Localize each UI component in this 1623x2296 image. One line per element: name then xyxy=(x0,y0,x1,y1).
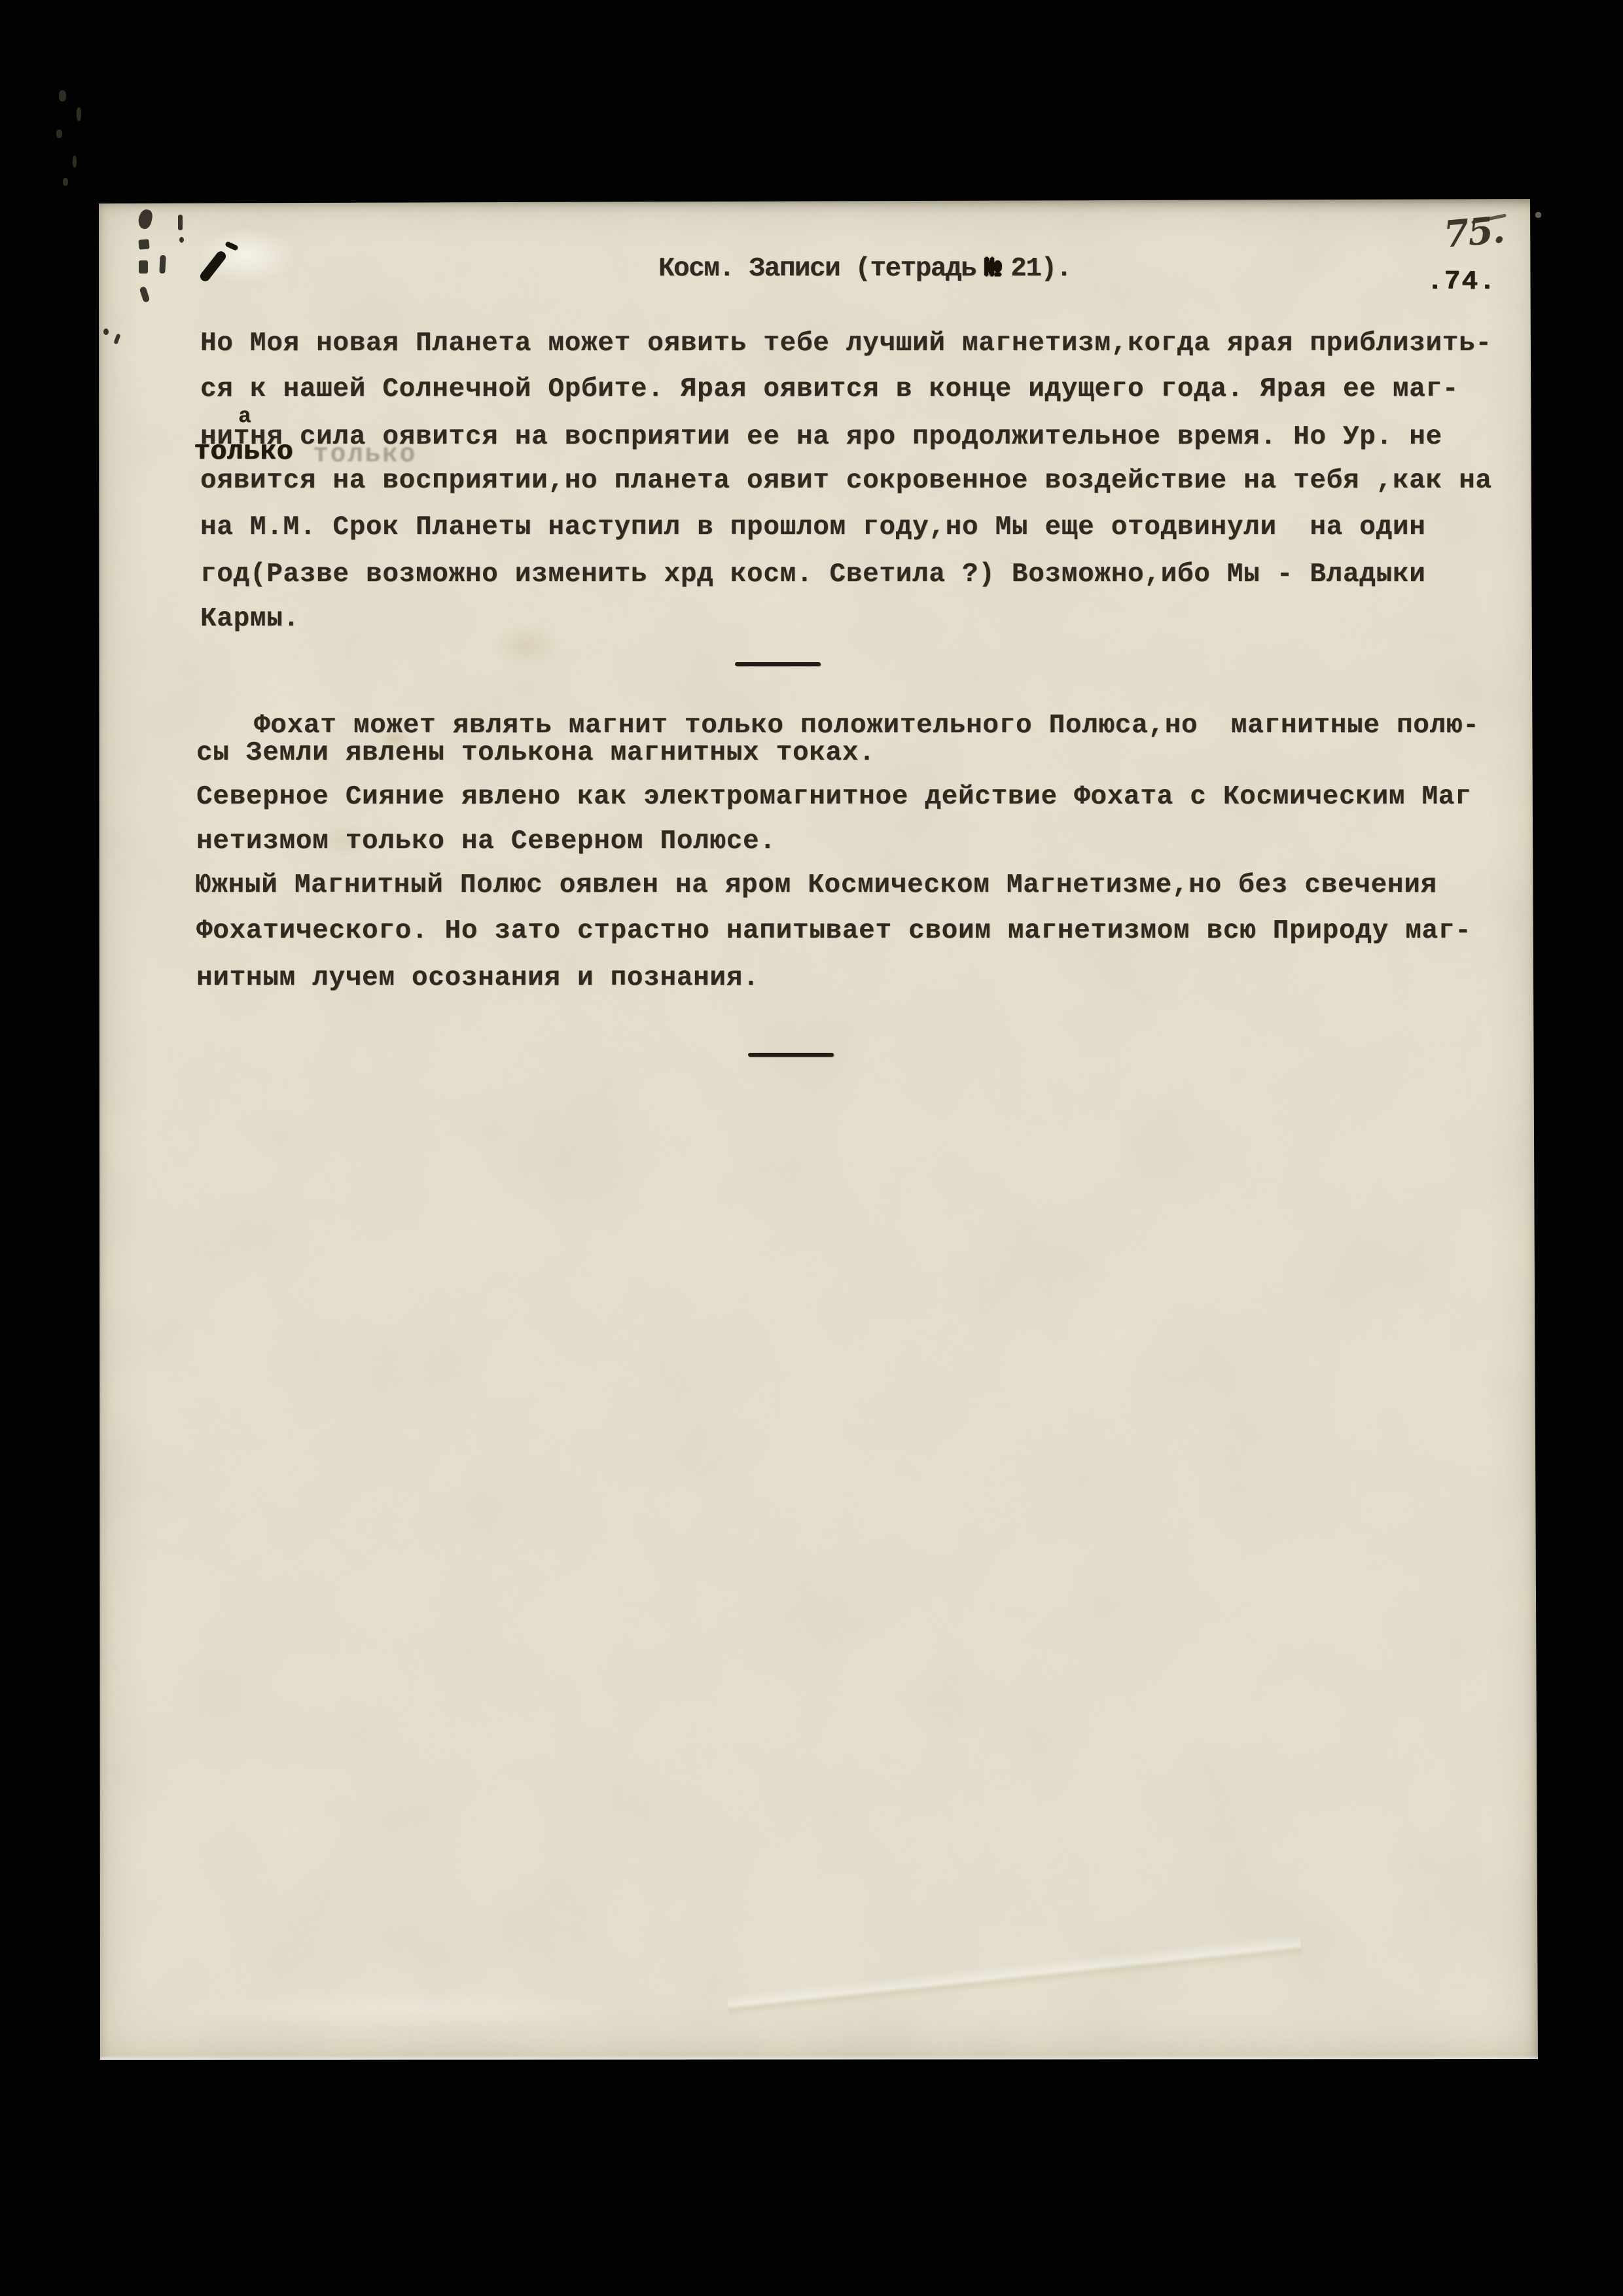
scanner-dust-speck xyxy=(56,130,62,138)
ink-mark xyxy=(178,215,183,230)
typed-line: нетизмом только на Северном Полюсе. xyxy=(196,828,776,855)
typed-line: сы Земли явлены толькона магнитных токах… xyxy=(196,740,875,767)
ink-mark xyxy=(139,260,148,274)
typed-line: Северное Сияние явлено как электромагнит… xyxy=(196,784,1471,811)
paper-crease xyxy=(727,1934,1302,2017)
paper-crease xyxy=(177,1990,635,2030)
typed-line: Но Моя новая Планета может оявить тебе л… xyxy=(200,330,1492,357)
scanner-dust-speck xyxy=(73,156,77,168)
overtyped-word: только xyxy=(194,439,293,466)
typed-line: на М.М. Срок Планеты наступил в прошлом … xyxy=(200,514,1426,541)
scanner-dust-speck xyxy=(59,90,66,101)
scanned-document-page: Косм. Записи (тетрадь№21). .74. 75. Но М… xyxy=(0,0,1623,2296)
header-title-suffix: 21). xyxy=(1010,254,1071,284)
ink-mark xyxy=(179,237,184,243)
scan-edge-glare xyxy=(98,2055,1538,2060)
scanner-dust-speck xyxy=(77,107,81,121)
paper-stain xyxy=(491,623,563,669)
ghost-overtyped-word: только xyxy=(313,442,417,468)
typed-page-number: .74. xyxy=(1427,269,1496,296)
ink-mark xyxy=(138,239,149,249)
typed-line: год(Разве возможно изменить хрд косм. Св… xyxy=(200,561,1426,588)
typed-line: нитным лучем осознания и познания. xyxy=(196,965,759,992)
section-divider xyxy=(748,1053,834,1057)
typed-line: ся к нашей Солнечной Орбите. Ярая оявитс… xyxy=(200,376,1459,403)
ink-mark xyxy=(103,328,109,335)
typed-line: Фохатического. Но зато страстно напитыва… xyxy=(196,918,1471,945)
section-divider xyxy=(735,662,821,666)
header-title-prefix: Косм. Записи (тетрадь xyxy=(658,254,976,284)
notebook-number-symbol: № xyxy=(985,256,1000,283)
document-header: Косм. Записи (тетрадь№21). xyxy=(658,256,1071,283)
typed-line: оявится на восприятии,но планета оявит с… xyxy=(200,468,1492,495)
typed-line: Кармы. xyxy=(200,606,300,633)
typed-line: Южный Магнитный Полюс оявлен на яром Кос… xyxy=(195,872,1437,899)
scanner-dust-speck xyxy=(1535,212,1541,218)
scanner-dust-speck xyxy=(63,178,68,186)
typed-line: Фохат может являть магнит только положит… xyxy=(254,713,1480,739)
ink-mark xyxy=(159,255,166,274)
superscript-correction: а xyxy=(238,406,251,427)
